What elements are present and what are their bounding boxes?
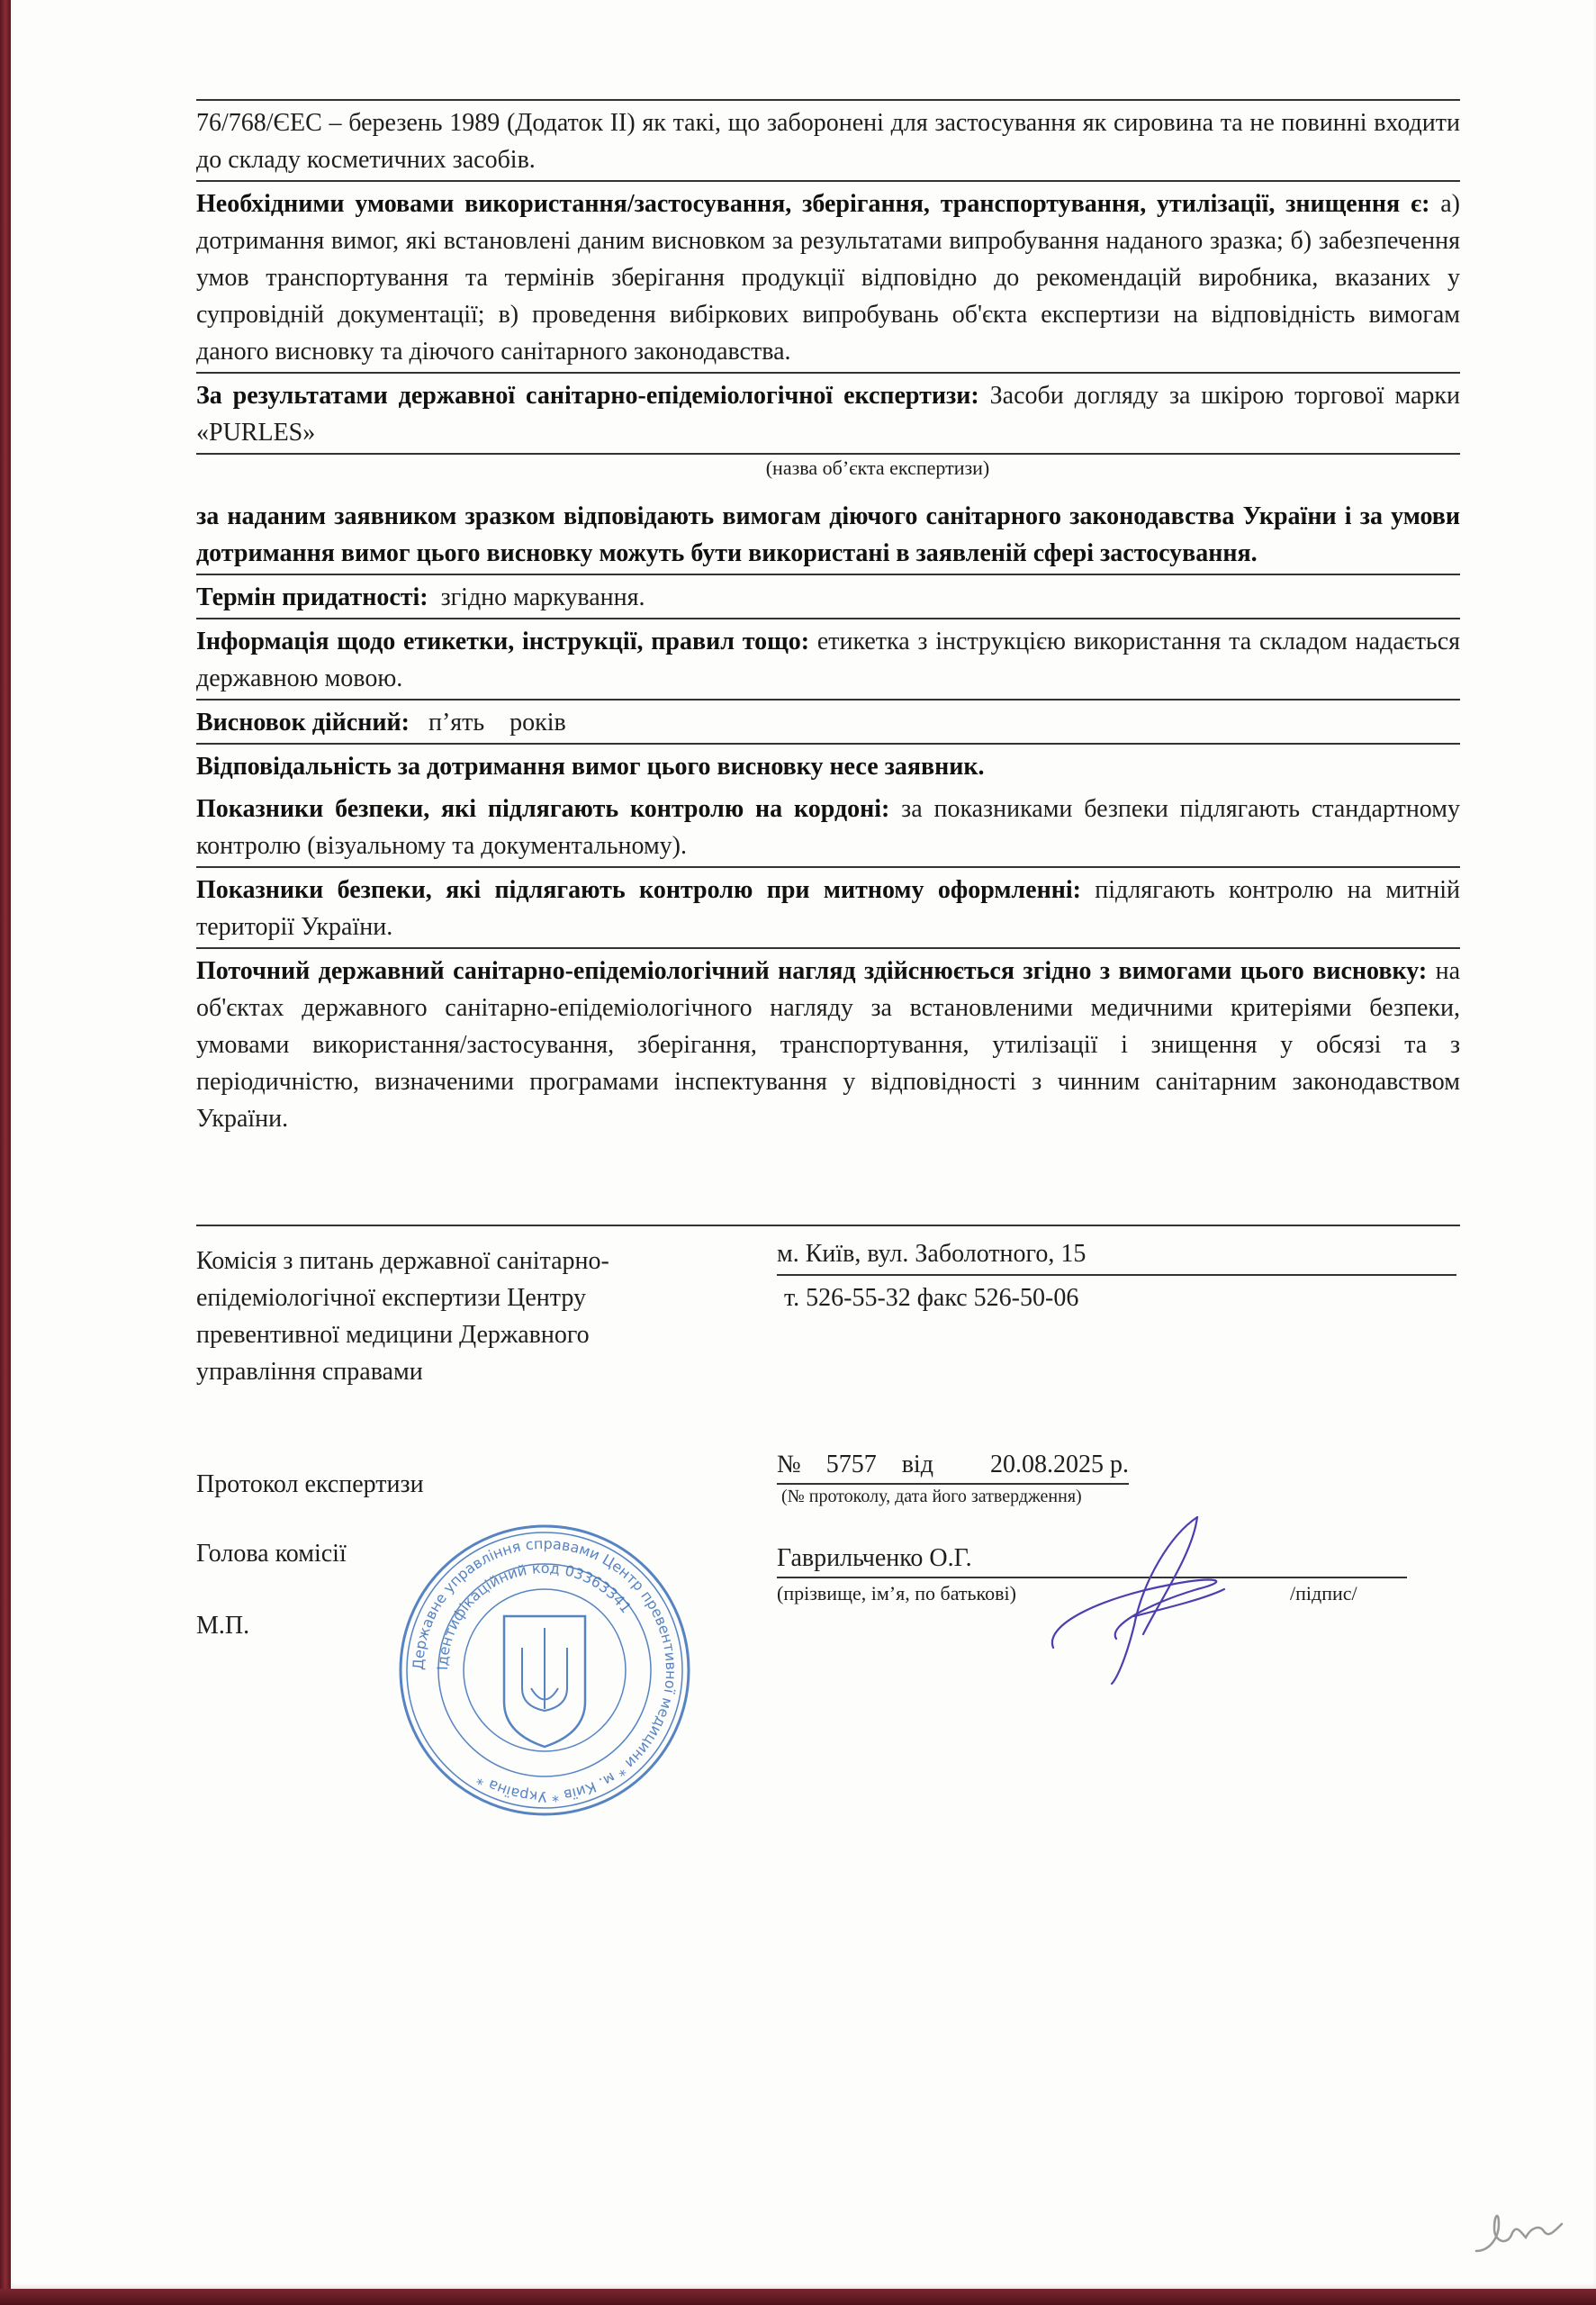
head-label: Голова комісії xyxy=(196,1535,347,1572)
validity-unit: років xyxy=(509,709,566,737)
section-shelf-life: Термін придатності: згідно маркування. xyxy=(196,575,1460,618)
section-border-control: Показники безпеки, які підлягають контро… xyxy=(196,787,1460,866)
folder-border-bottom xyxy=(0,2289,1596,2305)
object-name-caption: (назва об’єкта експертизи) xyxy=(196,455,1460,482)
compliance-text: за наданим заявником зразком відповідают… xyxy=(196,502,1460,567)
seal-place-label: М.П. xyxy=(196,1607,249,1644)
border-control-label: Показники безпеки, які підлягають контро… xyxy=(196,795,889,823)
document-body: 76/768/ЄЕС – березень 1989 (Додаток ІІ) … xyxy=(196,99,1460,1139)
conditions-label: Необхідними умовами використання/застосу… xyxy=(196,190,1429,218)
shelf-life-label: Термін придатності: xyxy=(196,583,428,611)
shelf-life-value: згідно маркування. xyxy=(441,583,645,611)
validity-label: Висновок дійсний: xyxy=(196,709,410,737)
responsibility-text: Відповідальність за дотримання вимог цьо… xyxy=(196,753,985,781)
section-label-info: Інформація щодо етикетки, інструкції, пр… xyxy=(196,619,1460,699)
section-conditions: Необхідними умовами використання/застосу… xyxy=(196,182,1460,372)
validity-value: п’ять xyxy=(428,709,484,737)
head-caption: (прізвище, ім’я, по батькові) xyxy=(777,1582,1016,1605)
official-stamp-icon: Державне управління справами Центр преве… xyxy=(396,1522,693,1819)
protocol-label: Протокол експертизи xyxy=(196,1466,424,1503)
customs-control-label: Показники безпеки, які підлягають контро… xyxy=(196,876,1081,904)
label-info-label: Інформація щодо етикетки, інструкції, пр… xyxy=(196,628,809,655)
signature-icon xyxy=(1035,1499,1431,1688)
address-block: м. Київ, вул. Заболотного, 15 т. 526-55-… xyxy=(777,1235,1456,1316)
section-compliance: за наданим заявником зразком відповідают… xyxy=(196,482,1460,574)
section-continuation: 76/768/ЄЕС – березень 1989 (Додаток ІІ) … xyxy=(196,101,1460,180)
section-results: За результатами державної санітарно-епід… xyxy=(196,374,1460,453)
folder-border-left xyxy=(0,0,11,2305)
initials-icon xyxy=(1467,2197,1575,2269)
results-label: За результатами державної санітарно-епід… xyxy=(196,382,979,410)
phone-fax: т. 526-55-32 факс 526-50-06 xyxy=(777,1276,1456,1316)
section-supervision: Поточний державний санітарно-епідеміолог… xyxy=(196,949,1460,1139)
section-customs-control: Показники безпеки, які підлягають контро… xyxy=(196,868,1460,947)
section-responsibility: Відповідальність за дотримання вимог цьо… xyxy=(196,745,1460,787)
footer-divider xyxy=(196,1225,1460,1226)
protocol-number-date: № 5757 від 20.08.2025 р. xyxy=(777,1446,1129,1485)
supervision-label: Поточний державний санітарно-епідеміолог… xyxy=(196,957,1427,985)
section-validity: Висновок дійсний: п’ять років xyxy=(196,701,1460,743)
address: м. Київ, вул. Заболотного, 15 xyxy=(777,1235,1456,1276)
commission-name: Комісія з питань державної санітарно-епі… xyxy=(196,1243,700,1390)
